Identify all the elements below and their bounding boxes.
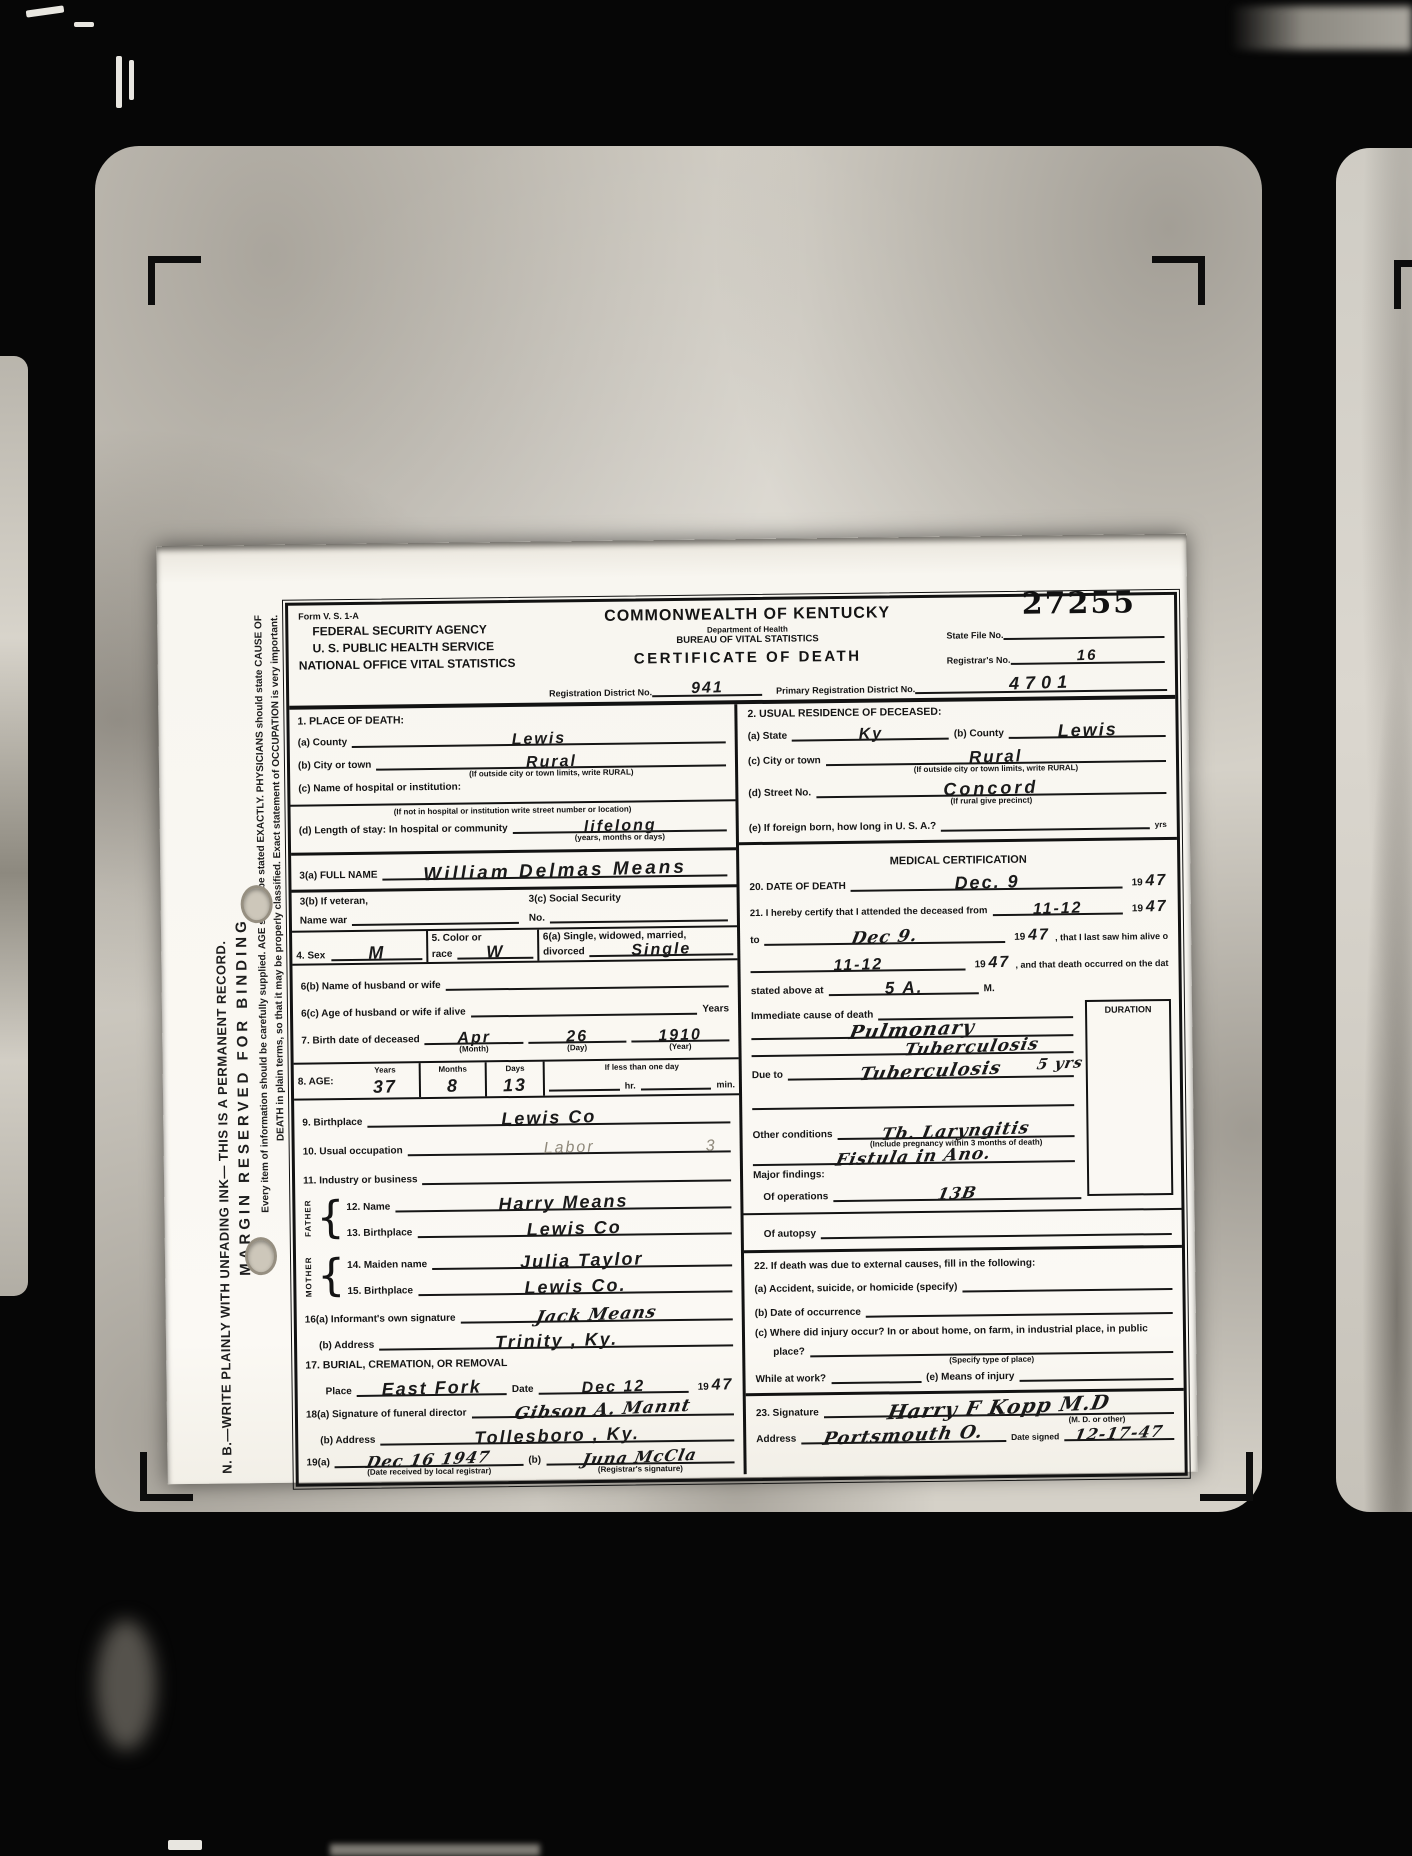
city-label: (b) City or town	[298, 760, 371, 772]
left-column: 1. PLACE OF DEATH: (a) CountyLewis (b) C…	[289, 704, 746, 1479]
burial-year-value: 47	[712, 1376, 734, 1395]
director-addr-line: Tollesboro , Ky.	[380, 1425, 734, 1445]
sex-value: M	[368, 946, 385, 959]
external-b-label: (b) Date of occurrence	[755, 1307, 861, 1319]
veteran-ss-row: 3(b) If veteran, Name war 3(c) Social Se…	[300, 891, 728, 926]
primary-district-line: 4701	[915, 673, 1167, 694]
external-c-line: (Specify type of place)	[810, 1338, 1173, 1357]
burial-place-line: East Fork	[357, 1379, 507, 1397]
corner-mark-icon	[148, 256, 201, 305]
full-name-value: William Delmas Means	[423, 861, 687, 882]
physician-addr-value: Portsmouth O.	[822, 1426, 985, 1447]
industry-label: 11. Industry or business	[303, 1174, 418, 1186]
reg-district-value: 941	[691, 681, 724, 695]
other-conditions-value-2: Fistula in Ano.	[835, 1147, 993, 1167]
stay-label: (d) Length of stay: In hospital or commu…	[299, 823, 508, 837]
cause-line-3: Tuberculosis	[751, 1038, 1073, 1057]
external-b-line	[866, 1299, 1173, 1318]
external-c-caption: (Specify type of place)	[949, 1353, 1034, 1367]
spouse-name-line	[446, 972, 729, 990]
birth-date-label: 7. Birth date of deceased	[301, 1034, 420, 1046]
other-conditions-line-2: Fistula in Ano.	[753, 1147, 1075, 1166]
informant-addr-label: (b) Address	[319, 1340, 374, 1352]
other-conditions-line: Tb. Laryngitis(Include pregnancy within …	[837, 1122, 1074, 1140]
mother-birthplace-value: Lewis Co.	[524, 1279, 626, 1295]
external-c-label-2: place?	[773, 1346, 805, 1357]
father-name-line: Harry Means	[395, 1192, 731, 1212]
father-brace: {	[316, 1192, 345, 1244]
sex-label: 4. Sex	[296, 950, 325, 961]
registrar-b-label: (b)	[528, 1455, 541, 1466]
name-war-label: Name war	[300, 915, 347, 927]
veteran-label: 3(b) If veteran,	[300, 894, 519, 908]
duration-box: DURATION	[1085, 999, 1173, 1196]
age-row: 8. AGE: Years37 Months8 Days13 If less t…	[294, 1057, 739, 1100]
occupation-line: Labor3	[408, 1137, 731, 1156]
occupation-label: 10. Usual occupation	[303, 1145, 403, 1157]
due-to-line: Tuberculosis	[788, 1061, 1074, 1080]
heavy-rule	[739, 837, 1177, 845]
cause-label: Immediate cause of death	[751, 1010, 873, 1022]
physician-sig-line: Harry F Kopp M.D(M. D. or other)	[824, 1397, 1174, 1418]
film-speck	[26, 5, 65, 17]
burial-date-value: Dec 12	[582, 1380, 646, 1395]
certify-year2-value: 47	[1028, 926, 1050, 945]
age-hr-line	[549, 1076, 620, 1092]
mother-side-label: MOTHER	[304, 1256, 315, 1297]
physician-sig-label: 23. Signature	[756, 1407, 819, 1419]
certificate-title: CERTIFICATE OF DEATH	[549, 647, 947, 669]
spouse-name-label: 6(b) Name of husband or wife	[301, 980, 441, 993]
burial-date-label: Date	[512, 1384, 534, 1395]
month-caption: (Month)	[459, 1042, 488, 1055]
heavy-rule	[744, 1245, 1182, 1253]
birth-day-line: 26(Day)	[528, 1028, 626, 1044]
marital-line: Single	[590, 940, 734, 957]
director-addr-label: (b) Address	[320, 1435, 375, 1447]
duration-label: DURATION	[1105, 1004, 1152, 1015]
stay-line: lifelong(years, months or days)	[513, 816, 727, 834]
stated-line: 5 A.	[828, 978, 978, 996]
previous-frame-edge	[0, 356, 28, 1296]
informant-sig-value: Jack Means	[535, 1306, 658, 1325]
marital-value: Single	[631, 942, 691, 957]
age-years-label: Years	[356, 1065, 415, 1075]
external-a-line	[962, 1275, 1172, 1293]
county-line: Lewis	[352, 728, 726, 748]
film-speck	[74, 22, 94, 27]
date-signed-label: Date signed	[1011, 1431, 1059, 1442]
birth-month-line: Apr(Month)	[425, 1029, 523, 1045]
margin-binding-note: MARGIN RESERVED FOR BINDING	[233, 917, 254, 1276]
external-title: 22. If death was due to external causes,…	[754, 1256, 1172, 1272]
death-date-label: 20. DATE OF DEATH	[749, 881, 845, 893]
film-streak	[330, 1844, 540, 1856]
corner-mark-icon	[1200, 1452, 1253, 1501]
certify-from-value: 11-12	[1033, 902, 1083, 916]
state-file-line	[1003, 623, 1164, 640]
right-column: 2. USUAL RESIDENCE OF DECEASED: (a) Stat…	[737, 699, 1184, 1474]
external-a-label: (a) Accident, suicide, or homicide (spec…	[754, 1282, 957, 1295]
certify-to-value: Dec 9.	[850, 930, 919, 946]
res-street-line: Concord(If rural give precinct)	[816, 778, 1166, 798]
primary-district-value: 4701	[1009, 676, 1073, 691]
certify-year1-prefix: 19	[1132, 903, 1143, 914]
sex-line: M	[331, 944, 422, 961]
margin-nb-note: N. B.—WRITE PLAINLY WITH UNFADING INK— T…	[213, 940, 235, 1473]
film-blob	[96, 1620, 156, 1750]
physician-addr-line: Portsmouth O.	[801, 1426, 1006, 1445]
informant-sig-line: Jack Means	[460, 1305, 732, 1323]
father-birthplace-value: Lewis Co	[527, 1221, 622, 1237]
operations-label: Of operations	[763, 1191, 828, 1203]
father-birthplace-line: Lewis Co	[417, 1218, 732, 1238]
corner-mark-icon	[1394, 260, 1412, 309]
registrar-row: 19(a) Dec 16 1947(Date received by local…	[306, 1447, 734, 1468]
form-number: Form V. S. 1-A	[298, 609, 548, 622]
form-header: Form V. S. 1-A FEDERAL SECURITY AGENCY U…	[288, 595, 1175, 710]
date-signed-line: 12-17-47	[1064, 1424, 1174, 1441]
res-county-value: Lewis	[1057, 723, 1117, 738]
full-name-line: William Delmas Means	[382, 860, 727, 880]
residence-title: 2. USUAL RESIDENCE OF DECEASED:	[747, 703, 1165, 720]
burial-date-line: Dec 12	[538, 1378, 688, 1395]
date-signed-value: 12-17-47	[1073, 1425, 1164, 1442]
race-line: W	[457, 943, 533, 960]
certify-text-1: 21. I hereby certify that I attended the…	[750, 905, 988, 919]
ss-label: 3(c) Social Security	[529, 891, 728, 904]
external-c-label: (c) Where did injury occur? In or about …	[755, 1323, 1173, 1339]
film-speck	[129, 60, 134, 100]
punch-hole	[240, 885, 272, 923]
other-conditions-label: Other conditions	[752, 1129, 832, 1141]
death-certificate: N. B.—WRITE PLAINLY WITH UNFADING INK— T…	[156, 534, 1197, 1485]
age-months-value: 8	[447, 1076, 460, 1097]
form-box: Form V. S. 1-A FEDERAL SECURITY AGENCY U…	[285, 592, 1188, 1487]
res-county-line: Lewis	[1009, 721, 1166, 739]
age-years-value: 37	[373, 1076, 398, 1098]
margin-note-2: DEATH in plain terms, so that it may be …	[269, 615, 286, 1141]
certify-occurred-text: , and that death occurred on the dat	[1015, 958, 1168, 970]
res-state-label: (a) State	[748, 731, 788, 742]
registrar-no-value: 16	[1077, 649, 1098, 663]
primary-district-label: Primary Registration District No.	[776, 684, 915, 696]
medical-title: MEDICAL CERTIFICATION	[749, 852, 1167, 869]
state-file-number-stamp: 27255	[1021, 585, 1136, 621]
operations-line: 13B	[833, 1183, 1081, 1202]
corner-mark-icon	[1152, 256, 1205, 305]
director-addr-value: Tollesboro , Ky.	[474, 1427, 640, 1445]
registrar-sig-caption: (Registrar's signature)	[598, 1462, 683, 1476]
while-at-work-line	[831, 1368, 921, 1384]
divider	[743, 1208, 1181, 1215]
res-county-label: (b) County	[954, 728, 1004, 740]
death-date-line: Dec. 9	[851, 873, 1123, 892]
certify-from-line: 11-12	[992, 900, 1123, 917]
registrar-date-line: Dec 16 1947(Date received by local regis…	[335, 1450, 524, 1468]
mother-name-label: 14. Maiden name	[347, 1259, 427, 1271]
microfilm-scan: N. B.—WRITE PLAINLY WITH UNFADING INK— T…	[0, 0, 1412, 1856]
agency-line: NATIONAL OFFICE VITAL STATISTICS	[299, 656, 549, 673]
year-caption: (Year)	[669, 1040, 691, 1053]
autopsy-label: Of autopsy	[764, 1228, 816, 1240]
means-of-injury-label: (e) Means of injury	[926, 1371, 1014, 1383]
certify-year3-value: 47	[988, 954, 1010, 973]
county-value: Lewis	[512, 732, 567, 747]
registrar-no-label: Registrar's No.	[947, 655, 1011, 666]
father-name-label: 12. Name	[346, 1202, 390, 1214]
heavy-rule	[291, 847, 736, 855]
res-foreign-label: (e) If foreign born, how long in U. S. A…	[749, 821, 937, 834]
father-side-label: FATHER	[303, 1200, 314, 1238]
birthplace-value: Lewis Co	[501, 1110, 596, 1126]
due-to-value: Tuberculosis	[858, 1062, 1002, 1082]
operations-value: 13B	[936, 1186, 978, 1201]
stay-caption: (years, months or days)	[575, 830, 665, 844]
informant-sig-label: 16(a) Informant's own signature	[305, 1313, 456, 1326]
res-city-caption: (If outside city or town limits, write R…	[914, 761, 1079, 776]
birthplace-line: Lewis Co	[367, 1107, 730, 1127]
birth-year-line: 1910(Year)	[631, 1026, 729, 1042]
certify-alive-value: 11-12	[833, 958, 883, 972]
res-city-line: Rural(If outside city or town limits, wr…	[826, 746, 1166, 766]
mother-name-value: Julia Taylor	[520, 1252, 644, 1269]
means-of-injury-line	[1019, 1365, 1173, 1382]
due-to-label: Due to	[752, 1070, 783, 1081]
city-line: Rural(If outside city or town limits, wr…	[376, 751, 726, 770]
certify-to-label: to	[750, 935, 760, 946]
years-suffix: Years	[702, 1003, 729, 1014]
divorced-label: divorced	[543, 946, 585, 958]
form-body: 1. PLACE OF DEATH: (a) CountyLewis (b) C…	[289, 699, 1184, 1480]
res-city-label: (c) City or town	[748, 755, 821, 767]
county-label: (a) County	[298, 737, 348, 749]
burial-year-prefix: 19	[698, 1382, 709, 1393]
res-state-value: Ky	[858, 727, 883, 741]
ss-no-label: No.	[529, 913, 545, 924]
certify-year3-prefix: 19	[974, 959, 985, 970]
death-year-value: 47	[1145, 872, 1167, 891]
agency-line: FEDERAL SECURITY AGENCY	[312, 622, 548, 639]
stated-label: stated above at	[751, 985, 824, 997]
registrar-row-label: 19(a)	[306, 1457, 329, 1468]
spouse-age-line	[471, 1000, 698, 1018]
res-street-label: (d) Street No.	[748, 787, 811, 799]
birthplace-label: 9. Birthplace	[302, 1117, 362, 1129]
mother-birthplace-label: 15. Birthplace	[347, 1285, 413, 1297]
race-label: race	[432, 949, 453, 960]
next-frame-edge	[1336, 148, 1412, 1512]
certify-alive-text: , that I last saw him alive o	[1055, 931, 1168, 942]
age-months-label: Months	[424, 1064, 481, 1074]
age-less-label: If less than one day	[549, 1061, 735, 1072]
race-value: W	[486, 945, 504, 959]
res-foreign-suffix: yrs	[1155, 820, 1167, 829]
city-caption: (If outside city or town limits, write R…	[469, 766, 634, 781]
res-foreign-line	[941, 814, 1150, 832]
film-speck	[168, 1840, 202, 1850]
age-days-label: Days	[491, 1064, 539, 1074]
film-speck	[116, 56, 122, 108]
mother-birthplace-line: Lewis Co.	[418, 1276, 733, 1296]
certify-year2-prefix: 19	[1014, 932, 1025, 943]
spouse-age-label: 6(c) Age of husband or wife if alive	[301, 1007, 466, 1020]
min-label: min.	[716, 1079, 735, 1089]
father-group: FATHER { 12. NameHarry Means 13. Birthpl…	[303, 1187, 732, 1244]
director-sig-line: Gibson A. Mannt	[471, 1400, 734, 1418]
reg-district-label: Registration District No.	[549, 687, 652, 698]
autopsy-line	[821, 1220, 1172, 1239]
heavy-rule	[746, 1388, 1184, 1396]
certify-alive-line: 11-12	[750, 955, 965, 973]
certify-to-line: Dec 9.	[765, 928, 1006, 946]
reg-district-line: 941	[652, 679, 762, 697]
mother-name-line: Julia Taylor	[432, 1250, 732, 1270]
informant-addr-line: Trinity , Ky.	[379, 1330, 733, 1350]
age-days-value: 13	[503, 1075, 528, 1097]
name-war-line	[352, 909, 519, 926]
due-to-line-2	[752, 1091, 1074, 1110]
while-at-work-label: While at work?	[755, 1373, 826, 1385]
place-of-death-title: 1. PLACE OF DEATH:	[297, 710, 725, 727]
hospital-label: (c) Name of hospital or institution:	[298, 782, 461, 795]
burial-title: 17. BURIAL, CREMATION, OR REMOVAL	[305, 1354, 733, 1371]
occupation-value: Labor	[544, 1141, 595, 1156]
res-state-line: Ky	[792, 725, 949, 742]
time-suffix: M.	[984, 983, 995, 994]
industry-line	[422, 1166, 731, 1185]
director-sig-value: Gibson A. Mannt	[513, 1400, 691, 1421]
day-caption: (Day)	[567, 1041, 587, 1054]
father-birthplace-label: 13. Birthplace	[347, 1227, 413, 1239]
father-name-value: Harry Means	[498, 1194, 628, 1211]
burial-place-value: East Fork	[382, 1381, 482, 1397]
punch-hole	[245, 1237, 277, 1275]
informant-addr-value: Trinity , Ky.	[494, 1333, 617, 1350]
burial-place-label: Place	[326, 1386, 352, 1397]
physician-addr-label: Address	[756, 1434, 796, 1445]
time-value: 5 A.	[884, 981, 923, 995]
state-file-label: State File No.	[946, 630, 1003, 641]
agency-line: U. S. PUBLIC HEALTH SERVICE	[312, 639, 548, 656]
age-label: 8. AGE:	[298, 1076, 334, 1087]
occupation-mark: 3	[706, 1139, 717, 1152]
registrar-sig-line: Juna McCla(Registrar's signature)	[546, 1447, 735, 1465]
registrar-date-caption: (Date received by local registrar)	[367, 1464, 491, 1479]
death-date-value: Dec. 9	[954, 875, 1019, 890]
death-year-prefix: 19	[1132, 877, 1143, 888]
certify-year1-value: 47	[1146, 898, 1168, 917]
ss-no-line	[550, 906, 728, 923]
mother-brace: {	[317, 1250, 346, 1302]
age-min-line	[641, 1075, 712, 1091]
film-streak	[1230, 6, 1412, 50]
sex-color-marital-row: 4. SexM 5. Color or raceW 6(a) Single, w…	[292, 925, 737, 965]
hr-label: hr.	[625, 1081, 636, 1091]
cause-value-2: Tuberculosis	[904, 1038, 1041, 1057]
res-street-caption: (If rural give precinct)	[950, 794, 1032, 808]
director-sig-label: 18(a) Signature of funeral director	[306, 1408, 467, 1421]
header-agency-block: Form V. S. 1-A FEDERAL SECURITY AGENCY U…	[298, 609, 549, 706]
full-name-label: 3(a) FULL NAME	[299, 870, 377, 882]
mother-group: MOTHER { 14. Maiden nameJulia Taylor 15.…	[304, 1245, 733, 1302]
